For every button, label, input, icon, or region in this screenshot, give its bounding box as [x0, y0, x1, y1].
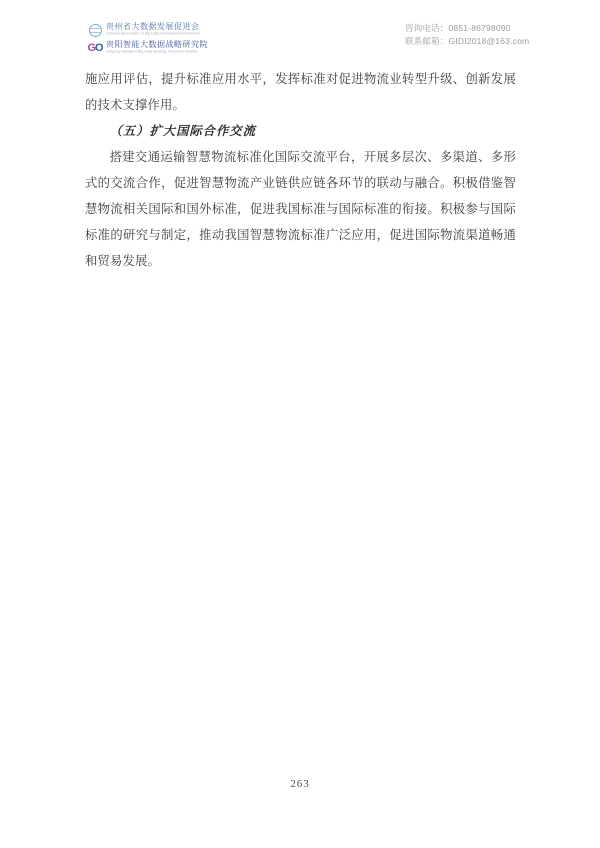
page-number: 263: [0, 778, 600, 790]
logo-title: 贵州省大数据发展促进会: [106, 22, 258, 31]
letterhead-logo-group: 贵州省大数据发展促进会 Guizhou Association of Big D…: [88, 22, 258, 56]
contact-email-line: 联系邮箱：GIDI2018@163.com: [405, 35, 529, 48]
document-page: 贵州省大数据发展促进会 Guizhou Association of Big D…: [0, 0, 600, 848]
logo-title: 贵阳智能大数据战略研究院: [106, 40, 254, 49]
logo-row-institute: GO 贵阳智能大数据战略研究院 Guiyang Intelligent Big …: [88, 40, 258, 56]
globe-icon: [88, 23, 102, 37]
section-heading: （五）扩大国际合作交流: [85, 118, 516, 144]
logo-text-institute: 贵阳智能大数据战略研究院 Guiyang Intelligent Big Dat…: [106, 40, 254, 56]
logo-text-association: 贵州省大数据发展促进会 Guizhou Association of Big D…: [106, 22, 258, 38]
go-monogram-icon: GO: [88, 41, 102, 55]
logo-subtitle: Guiyang Intelligent Big Data Strategy Re…: [106, 50, 198, 54]
contact-info: 咨询电话：0851-86798090 联系邮箱：GIDI2018@163.com: [405, 22, 529, 48]
paragraph-main: 搭建交通运输智慧物流标准化国际交流平台，开展多层次、多渠道、多形式的交流合作，促…: [85, 144, 516, 274]
logo-subtitle: Guizhou Association of Big Data Developm…: [106, 32, 200, 36]
logo-row-association: 贵州省大数据发展促进会 Guizhou Association of Big D…: [88, 22, 258, 38]
paragraph-continuation: 施应用评估，提升标准应用水平，发挥标准对促进物流业转型升级、创新发展的技术支撑作…: [85, 66, 516, 118]
document-body: 施应用评估，提升标准应用水平，发挥标准对促进物流业转型升级、创新发展的技术支撑作…: [85, 66, 516, 274]
contact-phone-line: 咨询电话：0851-86798090: [405, 22, 529, 35]
